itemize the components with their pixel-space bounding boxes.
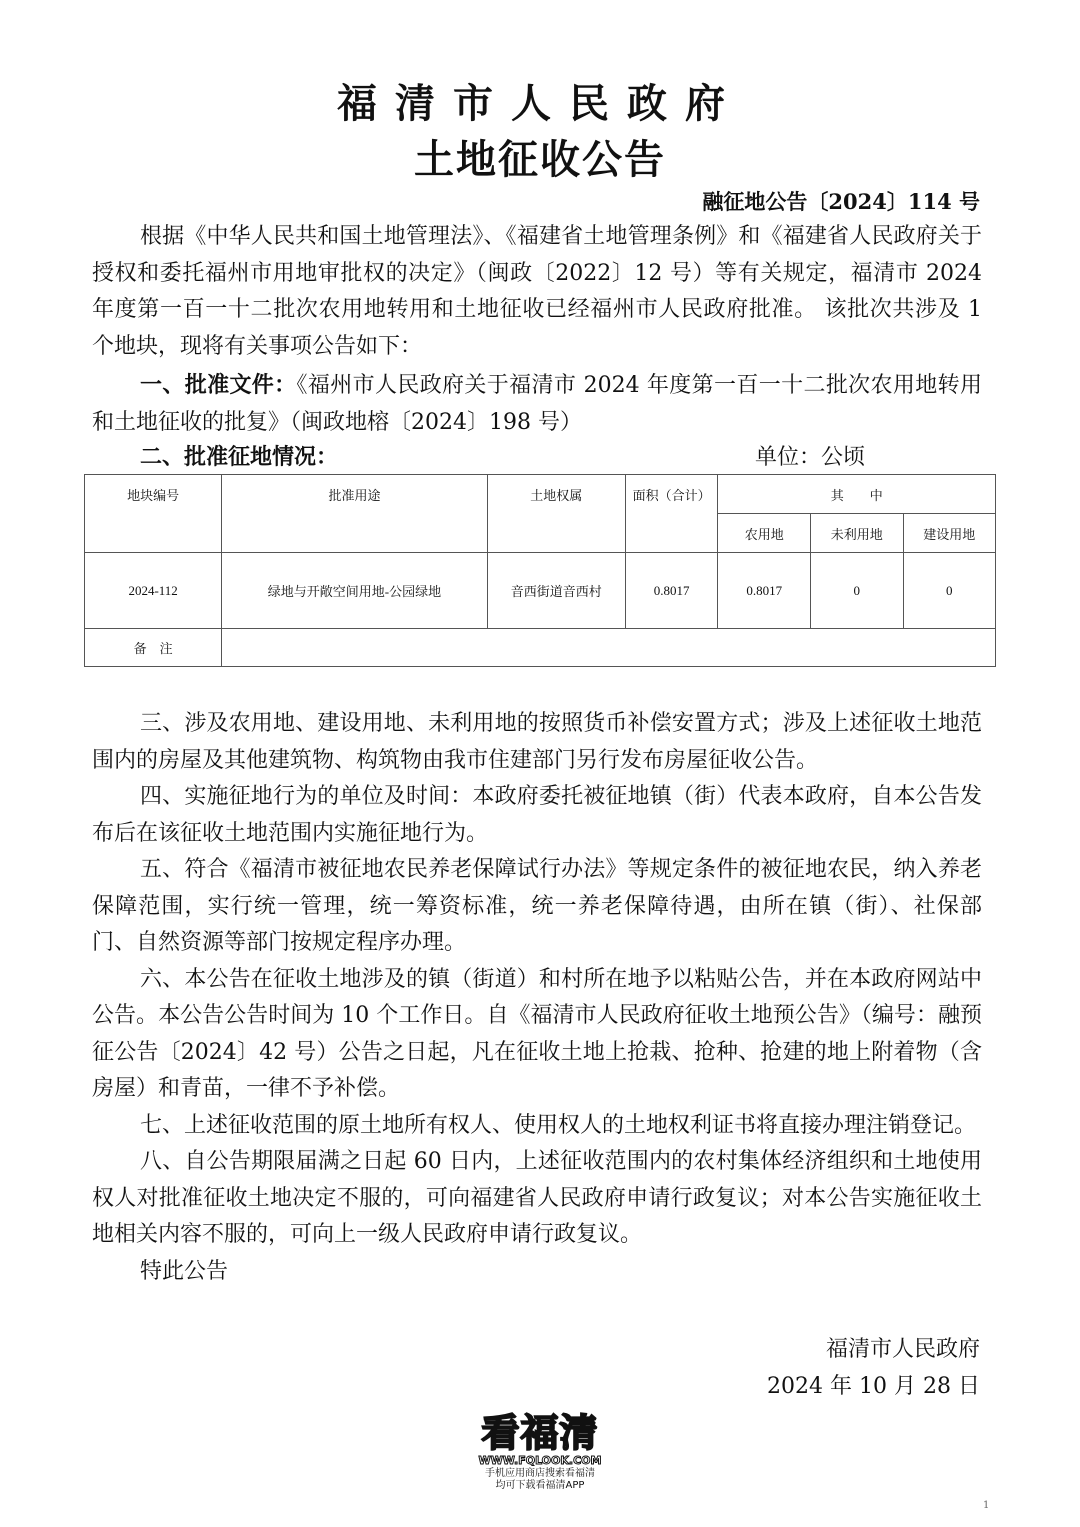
section-2-heading: 二、批准征地情况： [140, 440, 338, 471]
issue-date: 2024 年 10 月 28 日 [767, 1369, 980, 1400]
intro-paragraph: 根据《中华人民共和国土地管理法》、《福建省土地管理条例》和《福建省人民政府关于授… [92, 219, 982, 365]
section-3: 三、涉及农用地、建设用地、未利用地的按照货币补偿安置方式；涉及上述征收土地范围内… [92, 706, 982, 779]
watermark-logo: 看福清 WWW.FQLOOK.COM 手机应用商店搜索看福清 均可下载看福清AP… [470, 1412, 610, 1492]
th-plot-id: 地块编号 [85, 475, 222, 553]
th-unused: 未利用地 [811, 514, 903, 553]
cell-plot-id: 2024-112 [85, 553, 222, 629]
cell-construction: 0 [903, 553, 996, 629]
intro-text: 根据《中华人民共和国土地管理法》、《福建省土地管理条例》和《福建省人民政府关于授… [92, 219, 982, 365]
closing-text: 特此公告 [92, 1254, 982, 1291]
watermark-brand: 看福清 [470, 1412, 610, 1454]
cell-area-total: 0.8017 [625, 553, 718, 629]
section-7: 七、上述征收范围的原土地所有权人、使用权人的土地权利证书将直接办理注销登记。 [92, 1108, 982, 1145]
th-construction: 建设用地 [903, 514, 996, 553]
document-subtitle: 土地征收公告 [0, 128, 1080, 185]
th-ownership: 土地权属 [487, 475, 625, 553]
remarks-row: 备 注 [85, 629, 996, 667]
th-agri: 农用地 [718, 514, 811, 553]
page-number: 1 [983, 1500, 989, 1511]
section-1-heading: 一、批准文件： [140, 372, 297, 398]
remarks-value [222, 629, 996, 667]
remarks-label: 备 注 [85, 629, 222, 667]
table-row: 2024-112 绿地与开敞空间用地-公园绿地 音西街道音西村 0.8017 0… [85, 553, 996, 629]
cell-use: 绿地与开敞空间用地-公园绿地 [222, 553, 487, 629]
section-1: 一、批准文件：《福州市人民政府关于福清市 2024 年度第一百一十二批次农用地转… [92, 367, 982, 441]
section-4: 四、实施征地行为的单位及时间：本政府委托被征地镇（街）代表本政府，自本公告发布后… [92, 779, 982, 852]
watermark-line2: 均可下载看福清APP [470, 1480, 610, 1492]
section-5: 五、符合《福清市被征地农民养老保障试行办法》等规定条件的被征地农民，纳入养老保障… [92, 852, 982, 962]
th-of-which: 其 中 [718, 475, 996, 514]
section-8: 八、自公告期限届满之日起 60 日内，上述征收范围内的农村集体经济组织和土地使用… [92, 1144, 982, 1254]
section-6: 六、本公告在征收土地涉及的镇（街道）和村所在地予以粘贴公告，并在本政府网站中公告… [92, 962, 982, 1108]
watermark-url: WWW.FQLOOK.COM [470, 1454, 610, 1468]
cell-ownership: 音西街道音西村 [487, 553, 625, 629]
watermark-line1: 手机应用商店搜索看福清 [470, 1468, 610, 1480]
land-table: 地块编号 批准用途 土地权属 面积（合计） 其 中 农用地 未利用地 建设用地 … [84, 474, 996, 667]
unit-label: 单位：公顷 [755, 440, 865, 471]
th-use: 批准用途 [222, 475, 487, 553]
th-area-total: 面积（合计） [625, 475, 718, 553]
body-sections: 三、涉及农用地、建设用地、未利用地的按照货币补偿安置方式；涉及上述征收土地范围内… [92, 706, 982, 1290]
cell-agri: 0.8017 [718, 553, 811, 629]
cell-unused: 0 [811, 553, 903, 629]
issuer: 福清市人民政府 [826, 1332, 980, 1363]
document-title: 福清市人民政府 [0, 72, 1080, 129]
document-number: 融征地公告〔2024〕114 号 [702, 186, 980, 216]
